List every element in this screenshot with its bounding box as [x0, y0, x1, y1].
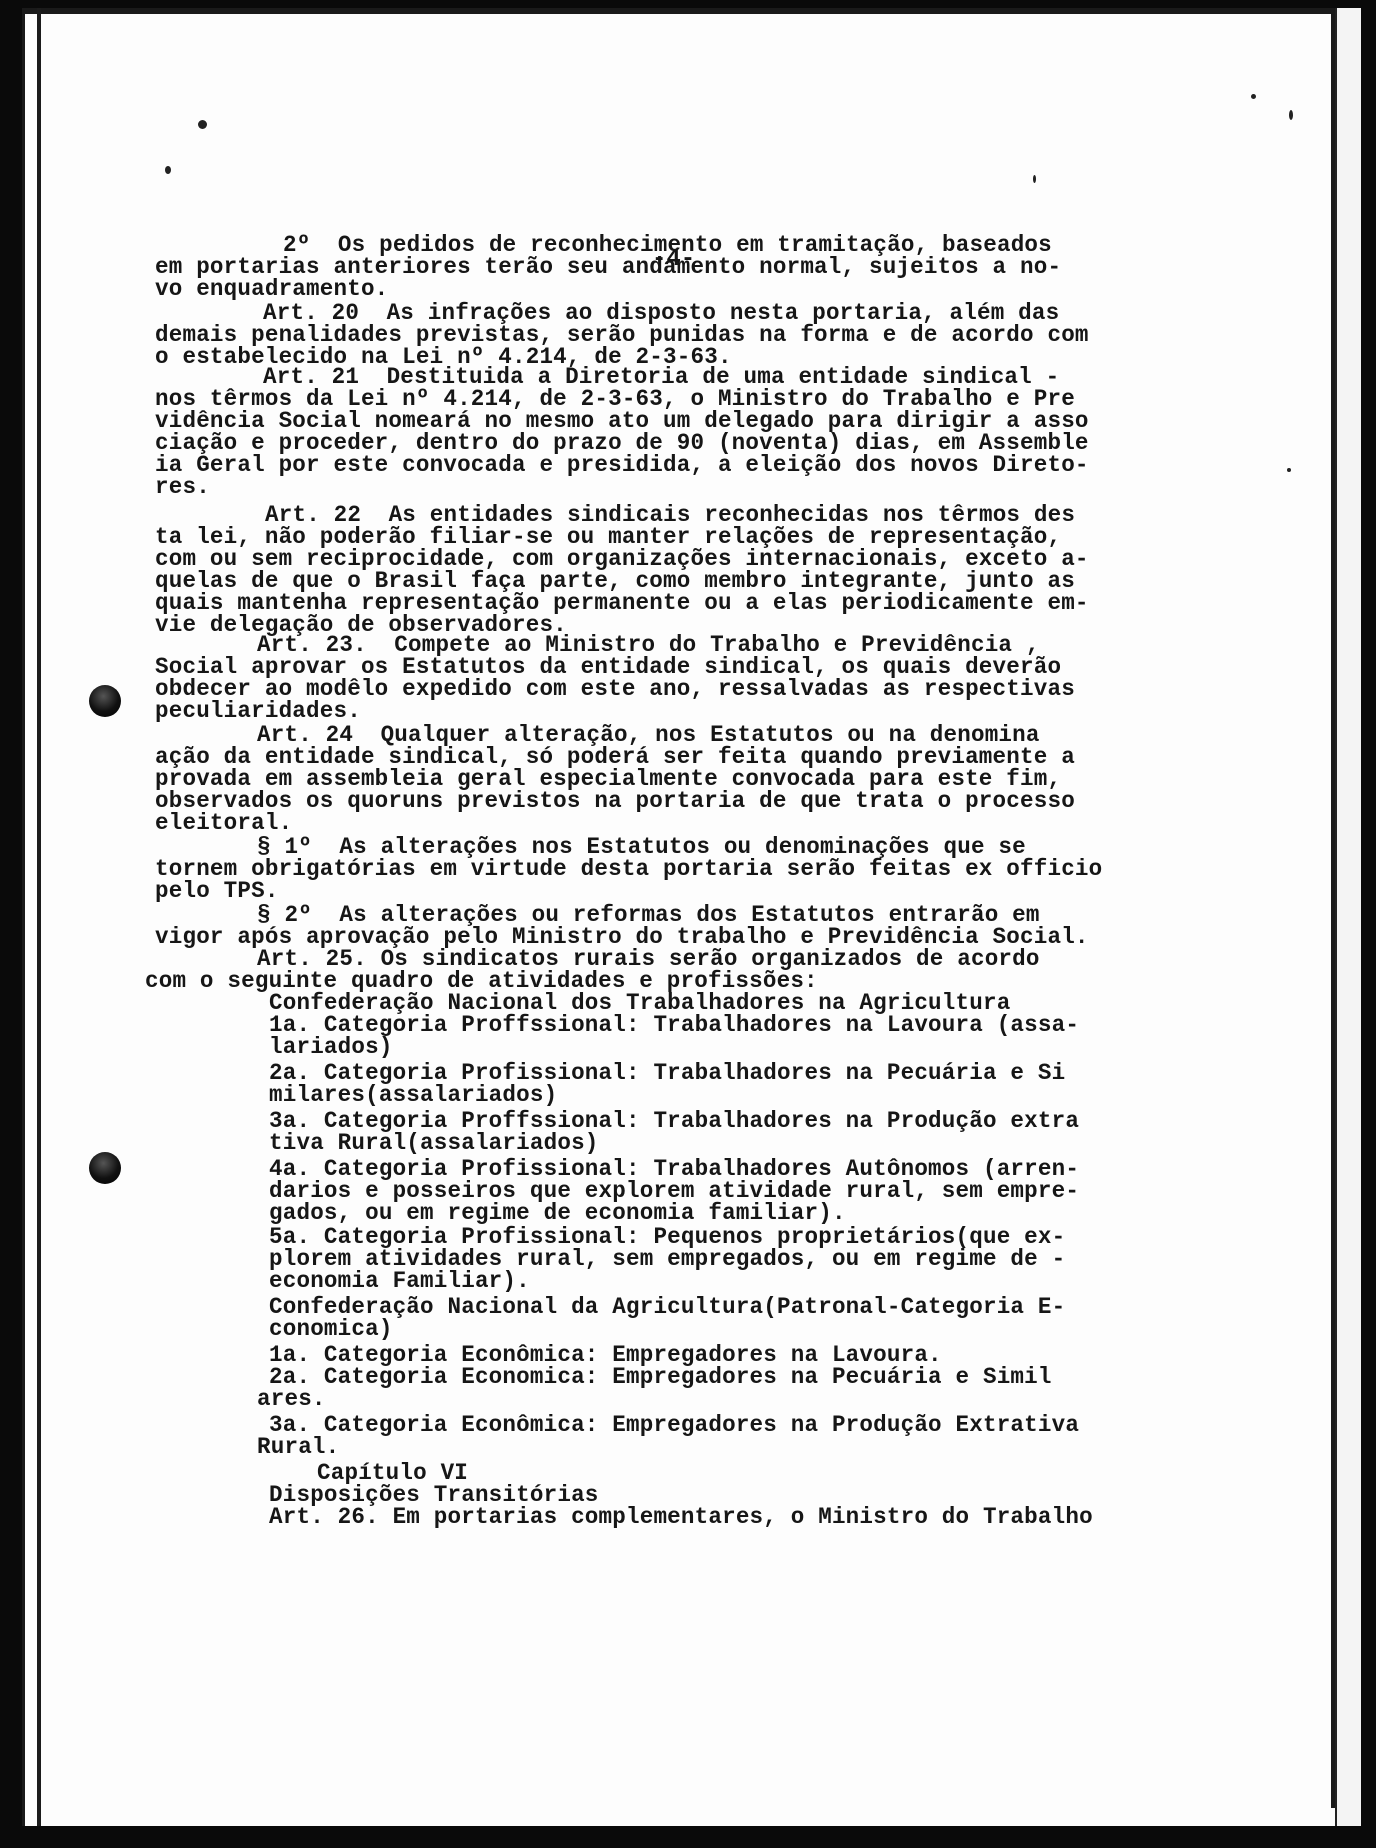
ink-speck: [1287, 468, 1291, 472]
ink-speck: [1251, 94, 1256, 99]
text-line: conomica): [269, 1318, 393, 1343]
left-edge-shadow: [37, 8, 41, 1826]
text-line: 2a. Categoria Economica: Empregadores na…: [269, 1366, 1052, 1391]
ink-speck: [198, 120, 207, 129]
text-line: observados os quoruns previstos na porta…: [155, 790, 1075, 815]
text-line: 3a. Categoria Econômica: Empregadores na…: [269, 1414, 1079, 1439]
punch-hole-top: [89, 685, 121, 717]
text-line: Rural.: [257, 1436, 339, 1461]
text-line: ares.: [257, 1388, 326, 1413]
document-page: -4- 2º Os pedidos de reconhecimento em t…: [22, 8, 1361, 1826]
text-line: tiva Rural(assalariados): [269, 1132, 599, 1157]
text-line: tornem obrigatórias em virtude desta por…: [155, 858, 1102, 883]
right-paper-strip: [1335, 8, 1361, 1826]
text-line: economia Familiar).: [269, 1270, 530, 1295]
scan-frame: -4- 2º Os pedidos de reconhecimento em t…: [0, 0, 1376, 1848]
ink-speck: [1289, 110, 1293, 120]
text-line: Art. 26. Em portarias complementares, o …: [269, 1506, 1093, 1531]
text-line: res.: [155, 476, 210, 501]
ink-speck: [1033, 175, 1036, 183]
page-top-edge: [25, 8, 1361, 14]
punch-hole-bottom: [89, 1152, 121, 1184]
text-line: ia Geral por este convocada e presidida,…: [155, 454, 1089, 479]
text-line: milares(assalariados): [269, 1084, 557, 1109]
ink-speck: [165, 166, 171, 174]
text-line: lariados): [269, 1036, 393, 1061]
